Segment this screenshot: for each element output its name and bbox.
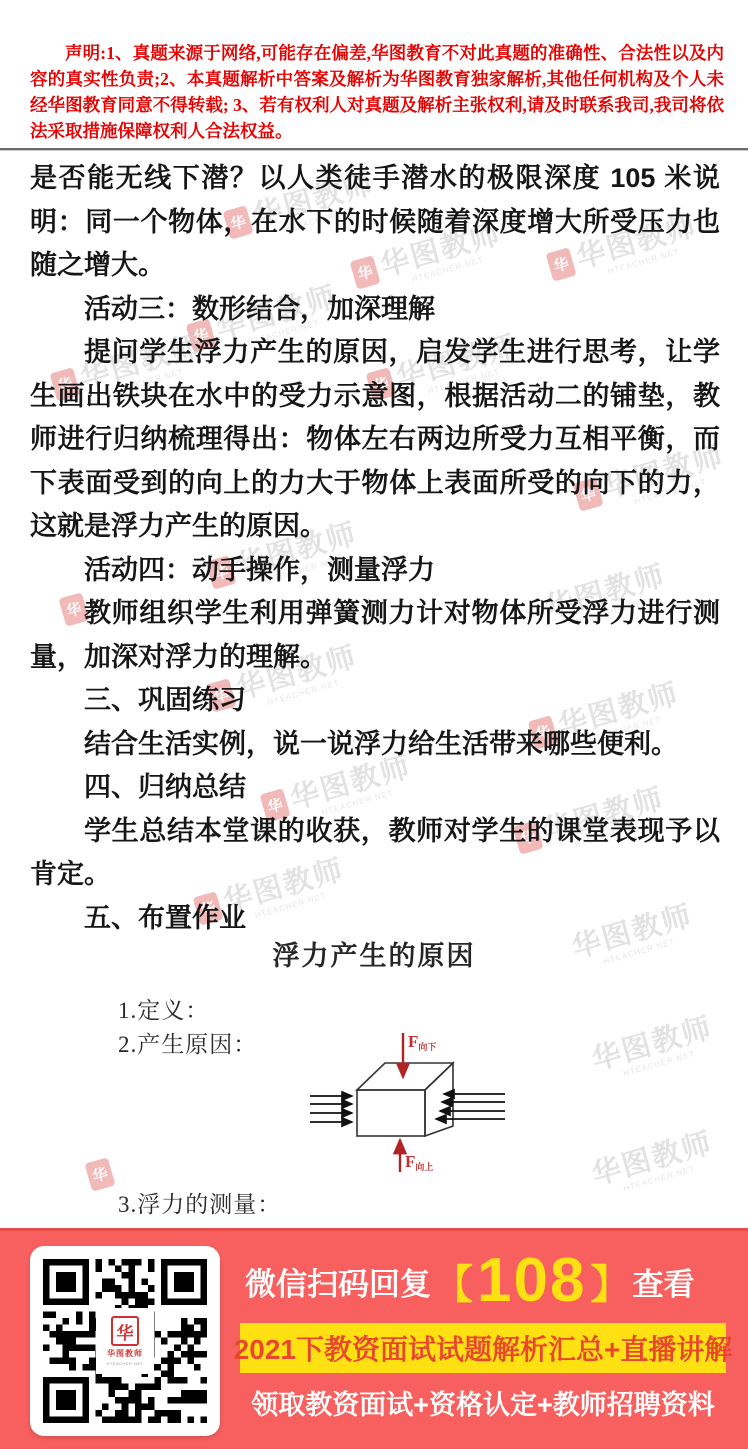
banner-line1-prefix: 微信扫码回复 <box>245 1259 431 1304</box>
huatu-logo-icon: 华 <box>84 1157 115 1191</box>
paragraph: 活动三：数形结合，加深理解 <box>30 288 720 332</box>
banner-text: 微信扫码回复 【 108 】 查看 2021下教资面试试题解析汇总+直播讲解 领… <box>240 1228 735 1449</box>
huatu-logo-icon: 华 <box>111 1316 139 1346</box>
section-heading: 五、布置作业 <box>30 897 720 940</box>
watermark: 华 <box>84 1157 115 1191</box>
qr-center-logo: 华 华图教师 HTEACHER.NET <box>96 1308 154 1374</box>
banner-line1: 微信扫码回复 【 108 】 查看 <box>245 1242 694 1320</box>
separator-line <box>0 148 748 151</box>
section-heading: 三、巩固练习 <box>30 679 720 723</box>
paragraph: 学生总结本堂课的收获，教师对学生的课堂表现予以肯定。 <box>30 810 720 897</box>
board-item-measure: 3.浮力的测量： <box>118 1186 281 1219</box>
paragraph: 结合生活实例，说一说浮力给生活带来哪些便利。 <box>30 723 720 767</box>
banner-line2: 2021下教资面试试题解析汇总+直播讲解 <box>234 1328 733 1368</box>
board-item-cause: 2.产生原因： <box>118 1026 257 1059</box>
board-item-definition: 1.定义： <box>118 992 209 1025</box>
force-diagram: F向下 F向上 <box>280 1025 530 1185</box>
qr-code: 华 华图教师 HTEACHER.NET <box>30 1246 220 1436</box>
disclaimer-text: 声明:1、真题来源于网络,可能存在偏差,华图教育不对此真题的准确性、合法性以及内… <box>30 40 724 144</box>
document-page: 华华图教师HTEACHER.NET华华图教师HTEACHER.NET华华图教师H… <box>0 0 748 1449</box>
right-pressure-arrows <box>436 1094 505 1119</box>
board-title: 浮力产生的原因 <box>0 934 748 973</box>
watermark: 华图教师HTEACHER.NET <box>589 1014 719 1086</box>
paragraph: 提问学生浮力产生的原因，启发学生进行思考，让学生画出铁块在水中的受力示意图，根据… <box>30 331 720 549</box>
paragraph: 是否能无线下潜？以人类徒手潜水的极限深度 105 米说明：同一个物体，在水下的时… <box>30 157 720 288</box>
bracket-open: 【 <box>433 1253 473 1310</box>
banner-line3-row: 领取教资面试+资格认定+教师招聘资料 <box>240 1380 726 1424</box>
banner-line1-suffix: 查看 <box>632 1259 694 1304</box>
paragraph: 活动四：动手操作，测量浮力 <box>30 549 720 593</box>
banner-line3: 领取教资面试+资格认定+教师招聘资料 <box>251 1383 715 1422</box>
promo-banner[interactable]: 华 华图教师 HTEACHER.NET 微信扫码回复 【 108 】 查看 20… <box>0 1228 748 1449</box>
bracket-close: 】 <box>590 1253 630 1310</box>
banner-highlight-band: 2021下教资面试试题解析汇总+直播讲解 <box>240 1323 726 1373</box>
left-pressure-arrows <box>310 1096 352 1122</box>
label-force-down: F向下 <box>408 1032 436 1052</box>
section-heading: 四、归纳总结 <box>30 766 720 810</box>
body-paragraphs: 是否能无线下潜？以人类徒手潜水的极限深度 105 米说明：同一个物体，在水下的时… <box>30 157 720 939</box>
watermark: 华图教师HTEACHER.NET <box>589 1129 719 1201</box>
box-shape <box>357 1063 453 1136</box>
paragraph: 教师组织学生利用弹簧测力计对物体所受浮力进行测量，加深对浮力的理解。 <box>30 592 720 679</box>
reply-code: 108 <box>477 1250 586 1312</box>
label-force-up: F向上 <box>405 1152 433 1172</box>
